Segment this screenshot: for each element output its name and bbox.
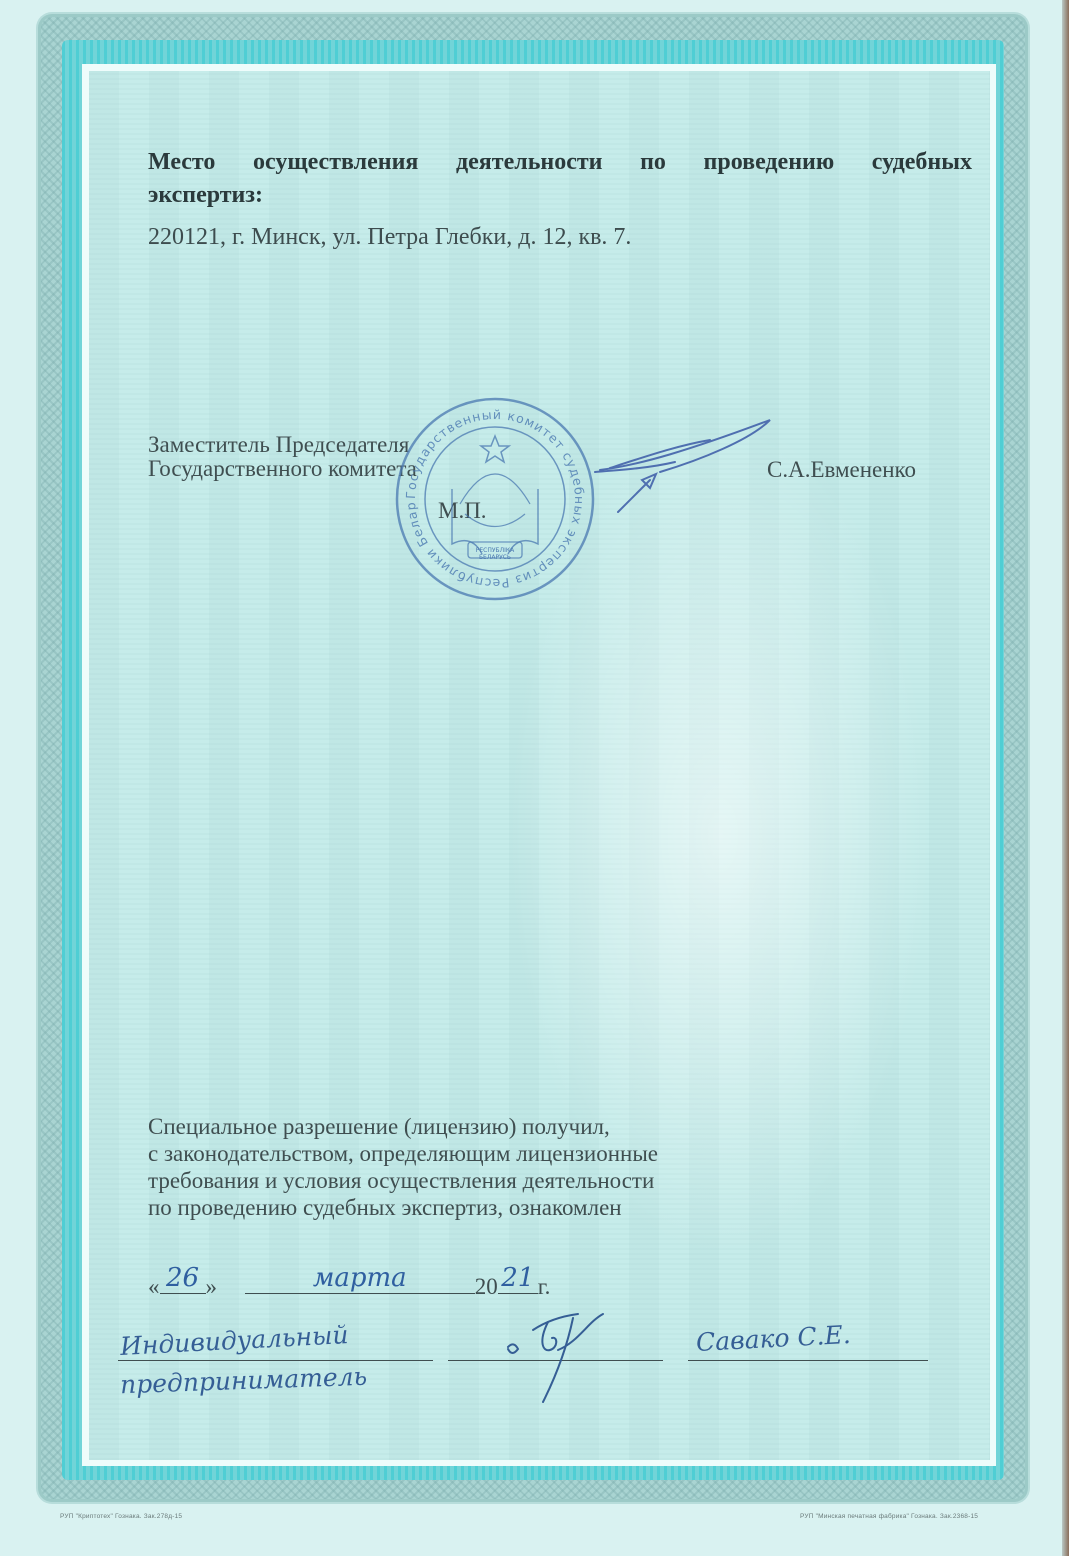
printer-imprint-right: РУП "Минская печатная фабрика" Гознака. … [800,1513,978,1520]
recipient-position-line-2: предприниматель [120,1362,368,1400]
activity-address: 220121, г. Минск, ул. Петра Глебки, д. 1… [148,224,631,251]
signatory-role-line-2: Государственного комитета [148,457,417,481]
printer-imprint-left: РУП "Криптотех" Гознака. Зак.278д-15 [60,1513,182,1520]
recipient-position-line-1: Индивидуальный [119,1320,349,1361]
date-open-quote: « [148,1274,160,1299]
svg-text:БЕЛАРУСЬ: БЕЛАРУСЬ [479,554,511,561]
ack-line-3: требования и условия осуществления деяте… [148,1167,658,1194]
acknowledgement-date: «26» марта2021г. [148,1271,550,1300]
date-day-field: 26 [160,1271,206,1294]
sheet-edge [1062,0,1069,1556]
date-month-handwritten: марта [245,1265,475,1291]
date-close-quote: » [206,1274,218,1299]
ack-line-4: по проведению судебных экспертиз, ознако… [148,1194,658,1221]
signatory-role: Заместитель Председателя Государственног… [148,433,417,481]
date-year-field: 21 [498,1271,538,1294]
activity-location-heading: Место осуществления деятельности по пров… [148,146,972,212]
name-line [688,1360,928,1361]
recipient-name-handwritten: Савако С.Е. [695,1320,851,1357]
ack-line-2: с законодательством, определяющим лиценз… [148,1140,658,1167]
recipient-signature-row: Индивидуальный предприниматель Савако С.… [118,1318,928,1408]
recipient-signature-icon [488,1312,628,1407]
signatory-role-line-1: Заместитель Председателя [148,433,417,457]
official-stamp-icon: Государственный комитет судебных эксперт… [390,394,600,604]
position-line [118,1360,433,1361]
date-year-abbrev: г. [538,1274,551,1299]
official-signature-icon [580,410,780,520]
date-year-handwritten: 21 [498,1265,538,1291]
content-panel [89,71,990,1460]
signatory-name: С.А.Евмененко [767,457,916,483]
date-day-handwritten: 26 [160,1265,206,1291]
date-month-field: марта [245,1271,475,1294]
svg-text:РЕСПУБЛІКА: РЕСПУБЛІКА [476,547,515,554]
license-acknowledgement: Специальное разрешение (лицензию) получи… [148,1113,658,1221]
date-year-prefix: 20 [475,1274,498,1299]
ack-line-1: Специальное разрешение (лицензию) получи… [148,1113,658,1140]
